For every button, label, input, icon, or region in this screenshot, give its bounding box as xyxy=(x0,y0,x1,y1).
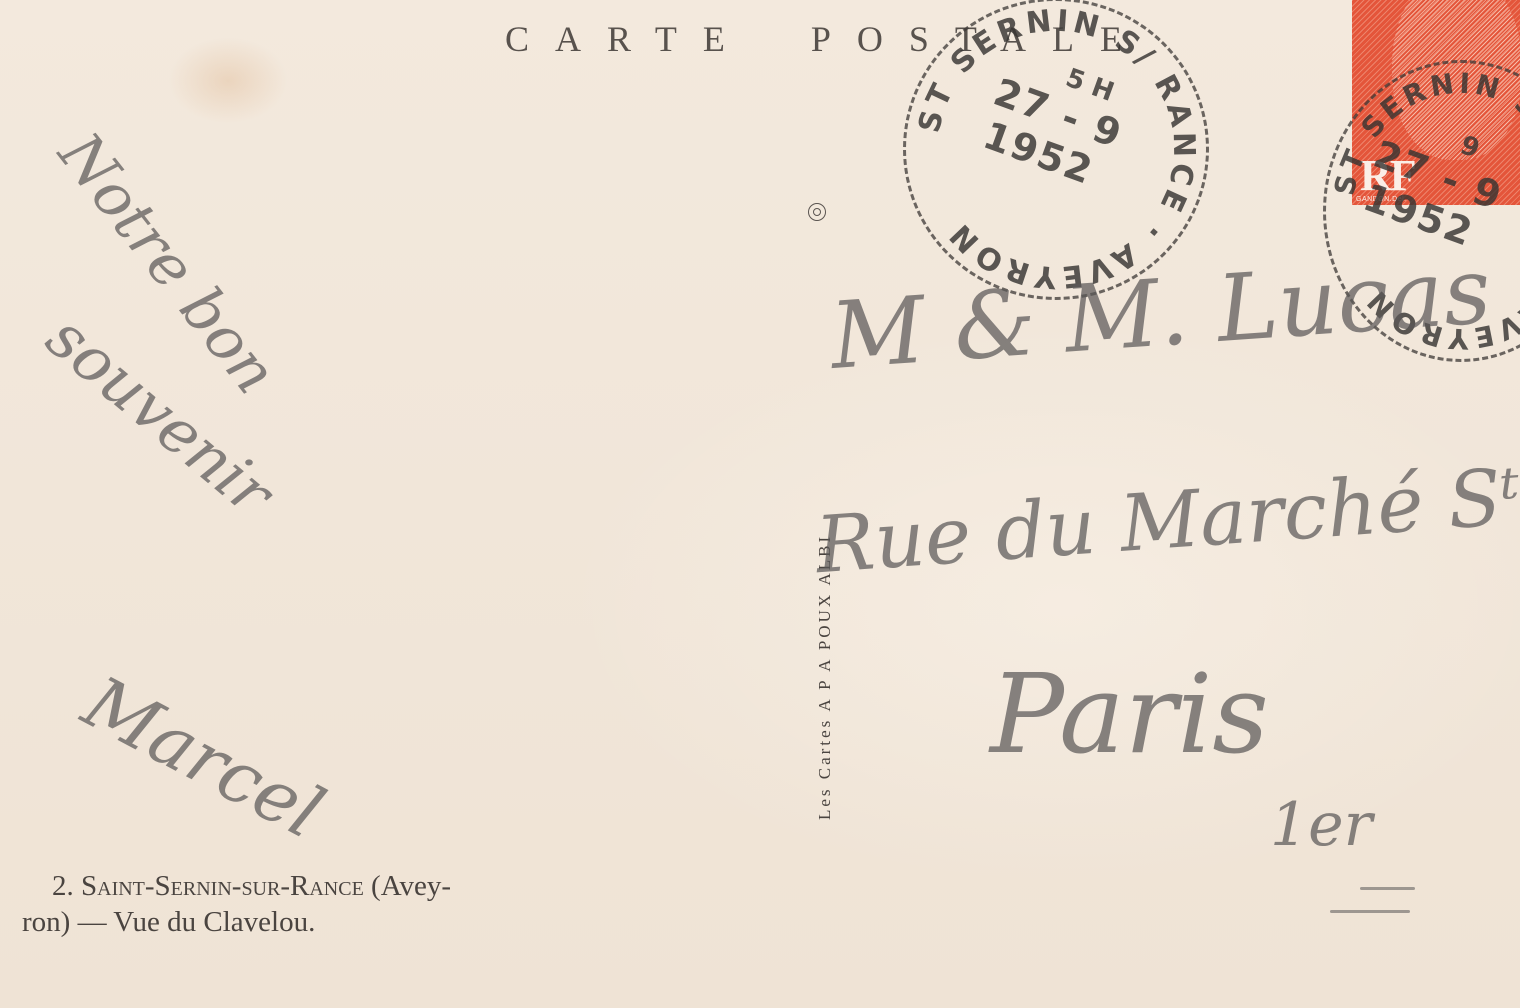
handwritten-signature: Marcel xyxy=(71,660,337,855)
caption-place: Saint-Sernin-sur-Rance xyxy=(81,870,364,902)
postmark-cancellation: ST SERNIN S/ RANCE · AVEYRON 5 H 27 - 9 … xyxy=(903,0,1209,300)
arrondissement-underline xyxy=(1330,910,1410,913)
caption-line-2: ron) — Vue du Clavelou. xyxy=(22,906,315,938)
arrondissement-underline xyxy=(1360,887,1415,890)
printed-caption: 2. Saint-Sernin-sur-Rance (Avey- ron) — … xyxy=(22,868,682,940)
address-city: Paris xyxy=(990,650,1269,778)
address-arrondissement: 1er xyxy=(1270,790,1372,860)
caption-number: 2. xyxy=(52,870,74,902)
caption-line-1-tail: (Avey- xyxy=(371,870,451,902)
address-street: Rue du Marché Sᵗ Hon xyxy=(813,439,1520,591)
caption-line-1: 2. Saint-Sernin-sur-Rance (Avey- xyxy=(22,868,682,904)
header-word-carte: CARTE xyxy=(505,19,751,59)
postcard-back: CARTEPOSTALE Notre bon souvenir Marcel 2… xyxy=(0,0,1520,1008)
double-circle-logo-icon xyxy=(808,203,826,221)
